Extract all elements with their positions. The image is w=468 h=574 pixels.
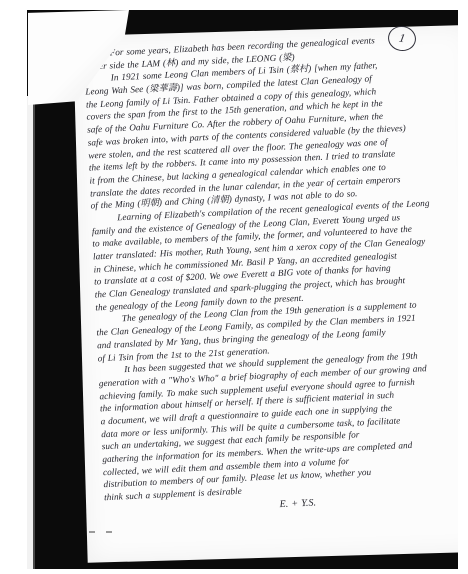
- page-number: 1: [398, 31, 407, 47]
- letter-page: For some years, Elizabeth has been recor…: [73, 25, 458, 563]
- scanner-edge-strip: [27, 96, 35, 569]
- scanned-document: For some years, Elizabeth has been recor…: [0, 0, 468, 574]
- handwriting-lines: For some years, Elizabeth has been recor…: [83, 30, 458, 520]
- pencil-dash-mark: [106, 531, 112, 533]
- scanner-background: For some years, Elizabeth has been recor…: [27, 10, 458, 569]
- pencil-dash-mark: [89, 531, 95, 533]
